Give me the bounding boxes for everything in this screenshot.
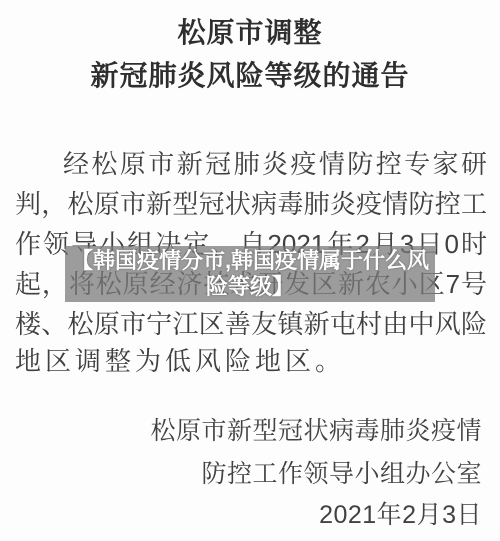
- signature-org-line1: 松原市新型冠状病毒肺炎疫情: [150, 417, 482, 445]
- signature-date: 2021年2月3日: [319, 501, 482, 529]
- notice-title-line1: 松原市调整: [0, 17, 500, 49]
- caption-overlay: 【韩国疫情分市,韩国疫情属于什么风 险等级】: [65, 246, 435, 302]
- signature-org-line2: 防控工作领导小组办公室: [201, 460, 482, 488]
- notice-body-line-5: 楼、松原市宁江区善友镇新屯村由中风险: [15, 310, 487, 340]
- notice-body-line-1: 经松原市新冠肺炎疫情防控专家研: [15, 150, 487, 180]
- notice-body-line-6: 地区调整为低风险地区。: [15, 347, 487, 377]
- notice-document: 松原市调整 新冠肺炎风险等级的通告 经松原市新冠肺炎疫情防控专家研 判，松原市新…: [0, 0, 500, 541]
- notice-body-line-2: 判，松原市新型冠状病毒肺炎疫情防控工: [15, 190, 487, 220]
- caption-overlay-line1: 【韩国疫情分市,韩国疫情属于什么风: [65, 248, 435, 274]
- caption-overlay-line2: 险等级】: [65, 274, 435, 300]
- notice-title-line2: 新冠肺炎风险等级的通告: [0, 60, 500, 92]
